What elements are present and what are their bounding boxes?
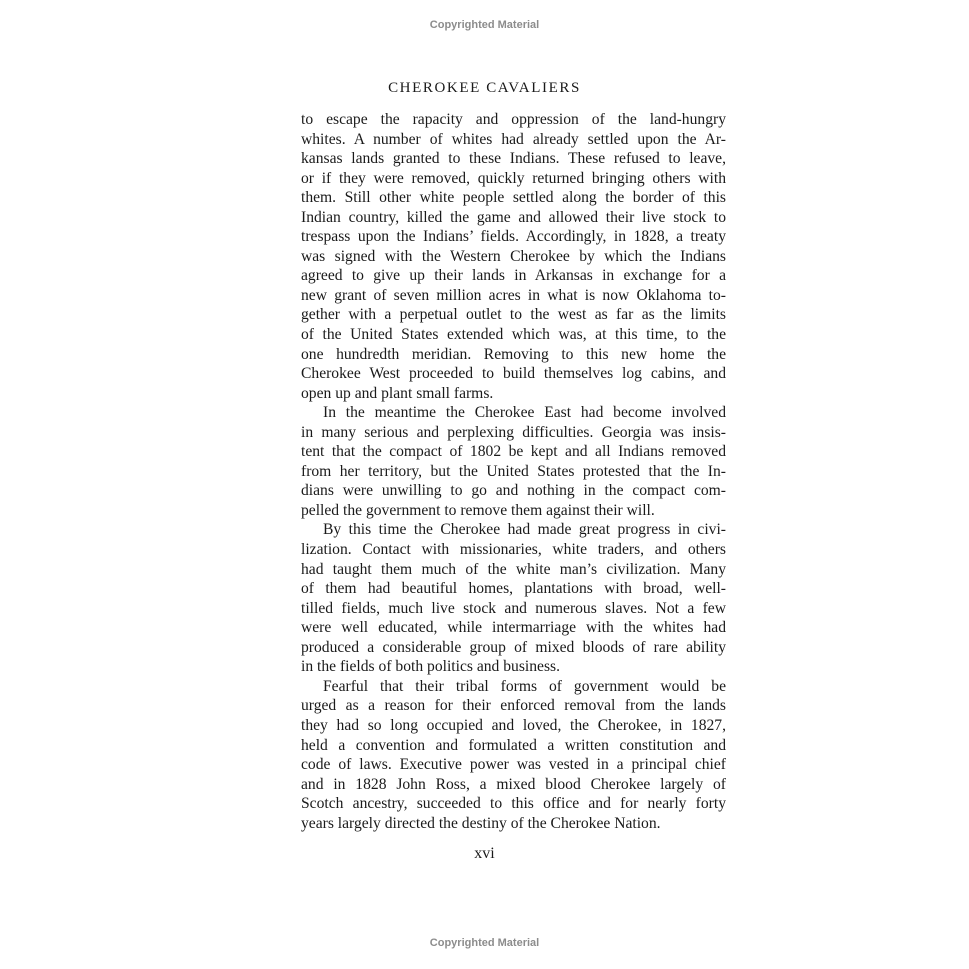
text-line: of them had beautiful homes, plantations… [301,579,726,599]
paragraph: In the meantime the Cherokee East had be… [301,403,726,520]
text-line: Indian country, killed the game and allo… [301,208,726,228]
paragraph: Fearful that their tribal forms of gover… [301,677,726,833]
page-number: xvi [0,845,969,863]
paragraph: to escape the rapacity and oppression of… [301,110,726,403]
text-line: whites. A number of whites had already s… [301,130,726,150]
text-line: In the meantime the Cherokee East had be… [301,403,726,423]
text-line: gether with a perpetual outlet to the we… [301,305,726,325]
text-line: By this time the Cherokee had made great… [301,520,726,540]
copyright-watermark-top: Copyrighted Material [0,19,969,31]
text-line: code of laws. Executive power was vested… [301,755,726,775]
text-line: pelled the government to remove them aga… [301,501,726,521]
copyright-watermark-bottom: Copyrighted Material [0,937,969,949]
text-line: of the United States extended which was,… [301,325,726,345]
text-line: was signed with the Western Cherokee by … [301,247,726,267]
body-text: to escape the rapacity and oppression of… [301,110,726,833]
text-line: from her territory, but the United State… [301,462,726,482]
text-line: held a convention and formulated a writt… [301,736,726,756]
text-line: or if they were removed, quickly returne… [301,169,726,189]
text-line: agreed to give up their lands in Arkansa… [301,266,726,286]
text-line: in many serious and perplexing difficult… [301,423,726,443]
text-line: trespass upon the Indians’ fields. Accor… [301,227,726,247]
text-line: and in 1828 John Ross, a mixed blood Che… [301,775,726,795]
text-line: Fearful that their tribal forms of gover… [301,677,726,697]
text-line: they had so long occupied and loved, the… [301,716,726,736]
paragraph: By this time the Cherokee had made great… [301,520,726,676]
text-line: open up and plant small farms. [301,384,726,404]
text-line: them. Still other white people settled a… [301,188,726,208]
running-head: CHEROKEE CAVALIERS [0,80,969,97]
text-line: tent that the compact of 1802 be kept an… [301,442,726,462]
text-line: in the fields of both politics and busin… [301,657,726,677]
text-line: one hundredth meridian. Removing to this… [301,345,726,365]
text-line: to escape the rapacity and oppression of… [301,110,726,130]
text-line: tilled fields, much live stock and numer… [301,599,726,619]
text-line: were well educated, while intermarriage … [301,618,726,638]
text-line: new grant of seven million acres in what… [301,286,726,306]
text-line: produced a considerable group of mixed b… [301,638,726,658]
text-line: kansas lands granted to these Indians. T… [301,149,726,169]
text-line: Scotch ancestry, succeeded to this offic… [301,794,726,814]
text-line: had taught them much of the white man’s … [301,560,726,580]
text-line: Cherokee West proceeded to build themsel… [301,364,726,384]
text-line: urged as a reason for their enforced rem… [301,696,726,716]
text-line: lization. Contact with missionaries, whi… [301,540,726,560]
text-line: years largely directed the destiny of th… [301,814,726,834]
text-line: dians were unwilling to go and nothing i… [301,481,726,501]
